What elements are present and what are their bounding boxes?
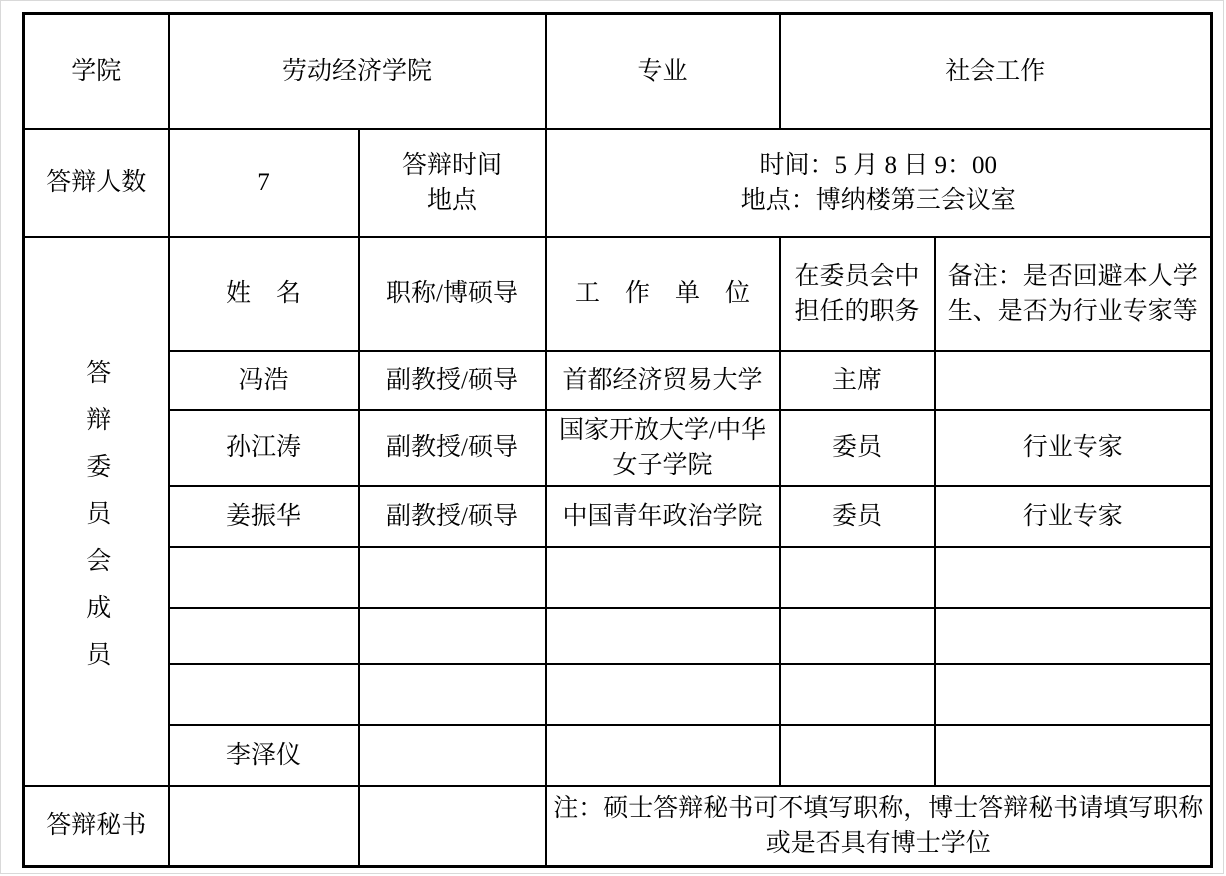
member-unit — [546, 664, 780, 725]
document-page: 学院 劳动经济学院 专业 社会工作 答辩人数 7 答辩时间 地点 时间：5 月 … — [0, 0, 1224, 874]
row-committee-header: 答辩委员会成员 姓 名 职称/博硕导 工 作 单 位 在委员会中 担任的职务 备… — [24, 237, 1212, 351]
member-remark — [935, 664, 1212, 725]
committee-side-label: 答辩委员会成员 — [79, 359, 114, 688]
member-remark — [935, 608, 1212, 664]
member-title: 副教授/硕导 — [359, 486, 546, 547]
secretary-title — [359, 786, 546, 867]
row-secretary: 答辩秘书 注：硕士答辩秘书可不填写职称，博士答辩秘书请填写职称 或是否具有博士学… — [24, 786, 1212, 867]
member-remark: 行业专家 — [935, 410, 1212, 486]
member-name: 孙江涛 — [169, 410, 359, 486]
time-place-value: 时间：5 月 8 日 9：00 地点：博纳楼第三会议室 — [546, 129, 1212, 237]
member-remark — [935, 547, 1212, 608]
member-remark — [935, 351, 1212, 410]
member-title — [359, 547, 546, 608]
member-title: 副教授/硕导 — [359, 351, 546, 410]
member-name: 冯浩 — [169, 351, 359, 410]
member-name: 李泽仪 — [169, 725, 359, 786]
member-row: 孙江涛 副教授/硕导 国家开放大学/中华 女子学院 委员 行业专家 — [24, 410, 1212, 486]
row-college: 学院 劳动经济学院 专业 社会工作 — [24, 14, 1212, 129]
member-name: 姜振华 — [169, 486, 359, 547]
header-unit: 工 作 单 位 — [546, 237, 780, 351]
member-unit — [546, 547, 780, 608]
major-label: 专业 — [546, 14, 780, 129]
member-remark — [935, 725, 1212, 786]
member-role — [780, 664, 935, 725]
member-title — [359, 725, 546, 786]
member-title — [359, 608, 546, 664]
member-row: 李泽仪 — [24, 725, 1212, 786]
member-remark: 行业专家 — [935, 486, 1212, 547]
member-row: 冯浩 副教授/硕导 首都经济贸易大学 主席 — [24, 351, 1212, 410]
header-name: 姓 名 — [169, 237, 359, 351]
member-role — [780, 608, 935, 664]
member-role: 委员 — [780, 486, 935, 547]
defense-count-value: 7 — [169, 129, 359, 237]
defense-committee-form-table: 学院 劳动经济学院 专业 社会工作 答辩人数 7 答辩时间 地点 时间：5 月 … — [22, 12, 1213, 868]
member-row — [24, 608, 1212, 664]
header-title: 职称/博硕导 — [359, 237, 546, 351]
member-role: 主席 — [780, 351, 935, 410]
member-row — [24, 547, 1212, 608]
member-unit: 中国青年政治学院 — [546, 486, 780, 547]
row-count-time: 答辩人数 7 答辩时间 地点 时间：5 月 8 日 9：00 地点：博纳楼第三会… — [24, 129, 1212, 237]
defense-count-label: 答辩人数 — [24, 129, 169, 237]
member-unit — [546, 725, 780, 786]
member-name — [169, 547, 359, 608]
header-remark: 备注：是否回避本人学 生、是否为行业专家等 — [935, 237, 1212, 351]
header-role: 在委员会中 担任的职务 — [780, 237, 935, 351]
member-row: 姜振华 副教授/硕导 中国青年政治学院 委员 行业专家 — [24, 486, 1212, 547]
member-role: 委员 — [780, 410, 935, 486]
member-unit: 首都经济贸易大学 — [546, 351, 780, 410]
member-name — [169, 664, 359, 725]
college-value: 劳动经济学院 — [169, 14, 546, 129]
member-unit — [546, 608, 780, 664]
college-label: 学院 — [24, 14, 169, 129]
member-name — [169, 608, 359, 664]
member-unit: 国家开放大学/中华 女子学院 — [546, 410, 780, 486]
member-role — [780, 547, 935, 608]
secretary-name — [169, 786, 359, 867]
committee-side-label-cell: 答辩委员会成员 — [24, 237, 169, 786]
time-place-label: 答辩时间 地点 — [359, 129, 546, 237]
member-title: 副教授/硕导 — [359, 410, 546, 486]
member-row — [24, 664, 1212, 725]
secretary-note: 注：硕士答辩秘书可不填写职称，博士答辩秘书请填写职称 或是否具有博士学位 — [546, 786, 1212, 867]
member-role — [780, 725, 935, 786]
major-value: 社会工作 — [780, 14, 1212, 129]
secretary-label: 答辩秘书 — [24, 786, 169, 867]
member-title — [359, 664, 546, 725]
